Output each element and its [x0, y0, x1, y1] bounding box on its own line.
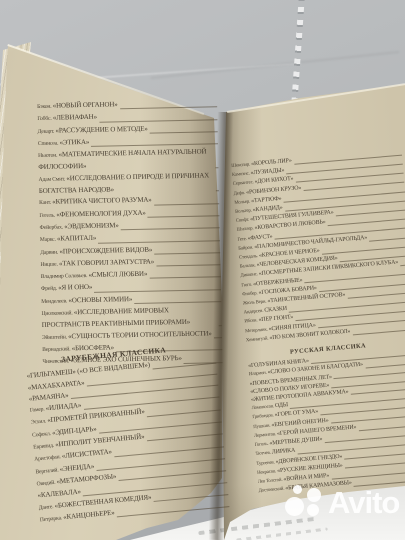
- entry-title: «ЭВДЕМОНИЗМ»: [64, 221, 119, 230]
- entry-title: «ИЛИАДА»: [45, 401, 81, 412]
- entry-author: Бальзак.: [240, 263, 257, 269]
- entry-rule-line: [148, 215, 220, 217]
- entry-author: Иларион.: [249, 371, 268, 378]
- entry-author: Гюго.: [241, 282, 253, 288]
- entry-author: Жюль Верн.: [243, 299, 268, 306]
- entry-author: Гоббс.: [37, 116, 53, 122]
- entry-rule-line: [149, 277, 220, 279]
- book-list-entry: Адам Смит. «ИССЛЕДОВАНИЕ О ПРИРОДЕ И ПРИ…: [39, 170, 220, 197]
- entry-author: Вольтер.: [235, 208, 253, 214]
- right-page-book-list: Шекспир. «КОРОЛЬ ЛИР»Камоэнс. «ЛУЗИАДЫ»С…: [231, 148, 405, 497]
- entry-title: «МАТЕМАТИЧЕСКИЕ НАЧАЛА НАТУРАЛЬНОЙ ФИЛОС…: [38, 148, 206, 172]
- entry-title: «КРИТИКА ЧИСТОГО РАЗУМА»: [52, 196, 152, 206]
- entry-title: «СУЩНОСТЬ ТЕОРИИ ОТНОСИТЕЛЬНОСТИ»: [68, 329, 212, 340]
- entry-title: «КАПИТАЛ»: [57, 234, 96, 243]
- entry-rule-line: [400, 264, 405, 266]
- entry-author: Тургенев.: [256, 460, 276, 467]
- entry-title: «НОВЫЙ ОРГАНОН»: [53, 100, 118, 109]
- entry-author: Диккенс.: [240, 273, 259, 280]
- entry-rule-line: [150, 131, 218, 133]
- entry-author: Сервантес.: [233, 181, 255, 188]
- entry-author: Некрасов.: [257, 469, 278, 476]
- entry-title: «ФАУСТ»: [247, 233, 272, 241]
- entry-title: «ОСНОВЫ ХИМИИ»: [68, 295, 132, 304]
- entry-author: Свифт.: [236, 218, 251, 224]
- entry-author: Ньютон.: [38, 153, 59, 159]
- entry-title: «ЭНЕИДА»: [59, 462, 94, 473]
- entry-author: Спиноза.: [38, 140, 60, 146]
- entry-title: «ФЕНОМЕНОЛОГИЯ ДУХА»: [56, 208, 146, 218]
- entry-author: Менделеев.: [41, 298, 68, 305]
- entry-author: Декарт.: [38, 128, 56, 134]
- entry-title: «РАССУЖДЕНИЕ О МЕТОДЕ»: [55, 124, 147, 134]
- entry-rule-line: [352, 329, 405, 335]
- entry-title: «ЛУЗИАДЫ»: [250, 168, 284, 177]
- entry-author: Овидий.: [36, 480, 57, 488]
- entry-author: Владимир Соловьев.: [41, 273, 89, 280]
- left-page-book-list: Бэкон. «НОВЫЙ ОРГАНОН»Гоббс. «ЛЕВИАФАН»Д…: [37, 97, 224, 368]
- entry-title: «ЛЕВИАФАН»: [53, 113, 97, 122]
- entry-title: «ИССЛЕДОВАНИЕ О ПРИРОДЕ И ПРИЧИНАХ БОГАТ…: [39, 171, 209, 195]
- entry-author: Шекспир.: [231, 162, 251, 169]
- entry-author: Эсхил.: [31, 419, 48, 426]
- entry-title: «ТАРТЮФ»: [251, 196, 282, 205]
- entry-title: «КАНЦОНЬЕРЕ»: [63, 508, 115, 521]
- entry-title: ОДЫ: [275, 402, 288, 409]
- book-photo: Бэкон. «НОВЫЙ ОРГАНОН»Гоббс. «ЛЕВИАФАН»Д…: [0, 0, 405, 540]
- entry-title: «ПРОИСХОЖДЕНИЕ ВИДОВ»: [59, 245, 152, 255]
- entry-title: СКАЗКИ: [264, 306, 287, 314]
- entry-author: Пушкин.: [253, 423, 272, 430]
- entry-author: Дарвин.: [40, 249, 59, 255]
- entry-author: Стендаль.: [239, 254, 259, 261]
- entry-author: Гомер.: [30, 407, 46, 414]
- entry-author: Маркс.: [40, 237, 57, 243]
- entry-title: ЛИРИКА: [272, 448, 296, 456]
- entry-author: Андерсен.: [243, 309, 264, 316]
- entry-author: Данте.: [38, 504, 54, 511]
- entry-title: «КОРОЛЬ ЛИР»: [251, 158, 292, 167]
- entry-title: «Я И ОНО»: [58, 283, 92, 292]
- entry-author: Фейербах.: [40, 224, 65, 231]
- avito-watermark: Avito: [283, 483, 399, 521]
- background-crease: [151, 51, 400, 79]
- entry-author: Фрейд.: [41, 286, 58, 292]
- entry-title: «СМЫСЛ ЛЮБВИ»: [88, 270, 147, 279]
- entry-author: Мольер.: [234, 199, 251, 205]
- entry-author: Грибоедов.: [252, 414, 275, 421]
- entry-author: Лев Толстой.: [258, 478, 284, 485]
- avito-wordmark: Avito: [328, 487, 399, 518]
- entry-author: Софокл.: [32, 431, 53, 439]
- entry-author: Камоэнс.: [232, 172, 251, 179]
- entry-author: Бэкон.: [37, 104, 53, 110]
- entry-author: Тютчев.: [255, 451, 272, 457]
- entry-author: Вергилий.: [35, 467, 60, 475]
- entry-author: Петрарка.: [40, 515, 64, 523]
- entry-author: Кант.: [39, 200, 52, 206]
- entry-title: «ЭДИП-ЦАРЬ»: [52, 425, 97, 437]
- entry-author: Дефо.: [233, 190, 246, 196]
- entry-author: Гоголь.: [255, 442, 270, 448]
- entry-author: Еврипид.: [33, 443, 56, 451]
- entry-author: Ломоносов.: [252, 404, 276, 411]
- entry-title: «ЭТИКА»: [59, 138, 89, 147]
- entry-rule-line: [154, 203, 219, 205]
- entry-author: Вернадский.: [42, 346, 72, 353]
- entry-author: Ницше.: [40, 261, 59, 267]
- entry-author: Эйнштейн.: [42, 334, 68, 341]
- entry-title: «КАНДИД»: [252, 205, 282, 213]
- entry-author: Циолковский.: [41, 310, 74, 317]
- entry-rule-line: [154, 252, 220, 254]
- entry-author: Гегель.: [39, 212, 56, 218]
- avito-logo-icon: [283, 483, 323, 521]
- entry-author: Адам Смит.: [39, 176, 67, 183]
- entry-title: «ТАК ГОВОРИЛ ЗАРАТУСТРА»: [59, 257, 154, 267]
- entry-rule-line: [219, 325, 222, 326]
- entry-rule-line: [156, 264, 220, 266]
- entry-author: Байрон.: [238, 245, 254, 251]
- entry-author: Шиллер.: [237, 227, 255, 233]
- entry-author: Хемингуэй.: [246, 336, 270, 343]
- entry-author: Флобер.: [242, 291, 259, 297]
- entry-author: Аристофан.: [34, 454, 62, 462]
- entry-author: Метерлинк.: [245, 327, 269, 334]
- entry-author: Лермонтов.: [254, 432, 277, 439]
- entry-author: Ибсен.: [244, 319, 259, 325]
- entry-rule-line: [216, 191, 219, 192]
- left-page-foreign-classics-list: ЗАРУБЕЖНАЯ КЛАССИКА«ГИЛЬГАМЕШ» («О ВСЕ В…: [25, 340, 231, 527]
- entry-title: «ЛИСИСТРАТА»: [62, 448, 113, 461]
- entry-author: Достоевский.: [258, 487, 285, 494]
- entry-rule-line: [215, 167, 218, 168]
- entry-rule-line: [214, 337, 222, 338]
